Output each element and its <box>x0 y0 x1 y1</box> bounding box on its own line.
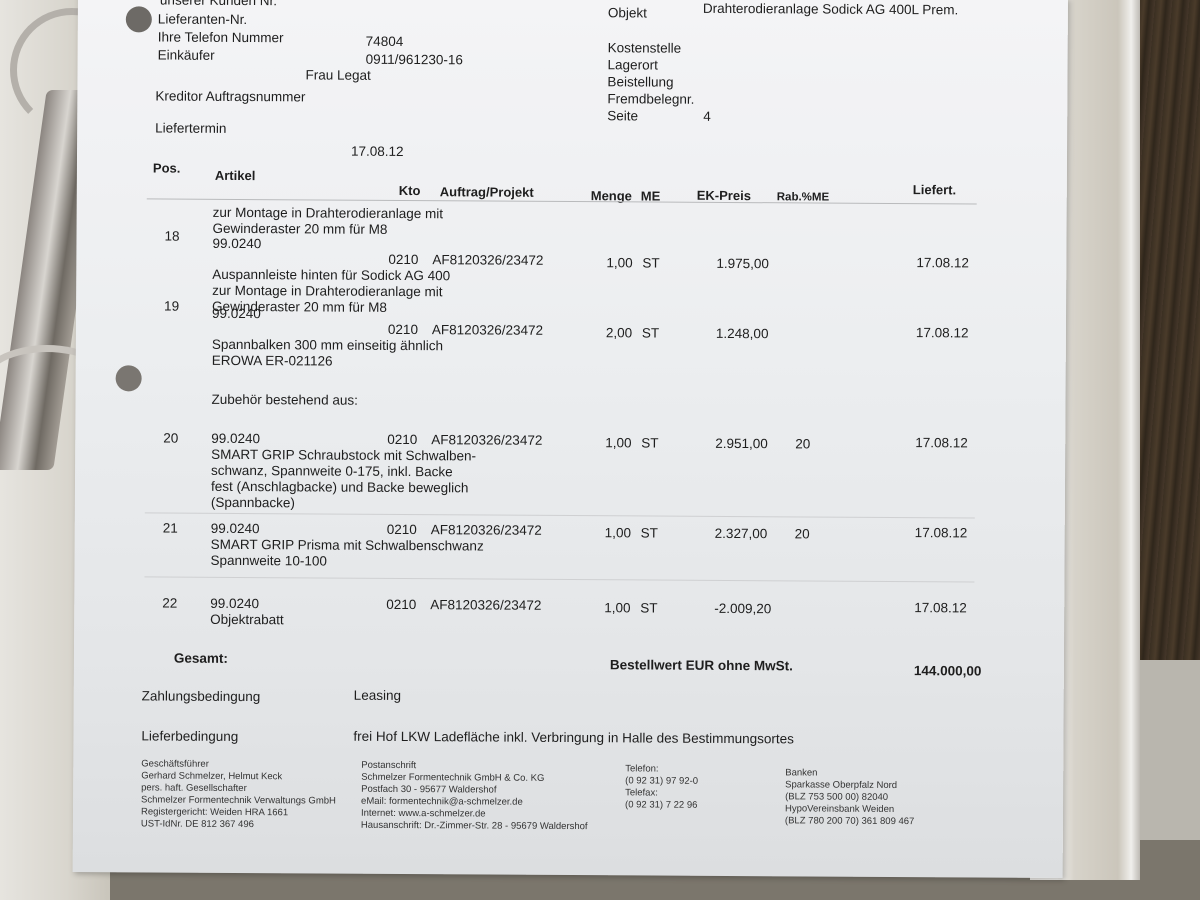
row-kto: 0210 <box>387 432 417 448</box>
description-line: EROWA ER-021126 <box>212 353 443 370</box>
row-artikel: 99.0240 <box>210 596 259 612</box>
description-line: Auspannleiste hinten für Sodick AG 400 <box>212 267 450 284</box>
footer-banks: Banken Sparkasse Oberpfalz Nord (BLZ 753… <box>785 767 915 828</box>
punch-hole-middle <box>116 365 142 391</box>
row-rab: 20 <box>795 526 810 542</box>
row-liefert: 17.08.12 <box>915 525 968 541</box>
col-artikel: Artikel <box>215 168 256 184</box>
liefer-label: Lieferbedingung <box>141 728 238 745</box>
row-menge: 1,00 <box>606 255 632 271</box>
row-me: ST <box>640 600 657 616</box>
row-auftrag: AF8120326/23472 <box>432 322 543 339</box>
footer-management: Geschäftsführer Gerhard Schmelzer, Helmu… <box>141 758 336 831</box>
col-auftrag: Auftrag/Projekt <box>440 184 534 201</box>
row-liefert: 17.08.12 <box>916 325 969 341</box>
description-line: zur Montage in Drahterodieranlage mit <box>212 283 450 300</box>
row-pos: 19 <box>164 299 179 315</box>
header-rule <box>147 198 977 204</box>
telefon-label: Ihre Telefon Nummer <box>158 29 284 46</box>
row-me: ST <box>641 525 658 541</box>
row-kto: 0210 <box>388 322 418 338</box>
zubehoer-text: Zubehör bestehend aus: <box>211 392 357 409</box>
description-line: Spannbalken 300 mm einseitig ähnlich <box>212 337 443 354</box>
gesamt-label: Gesamt: <box>174 651 228 667</box>
bestellwert-label: Bestellwert EUR ohne MwSt. <box>610 657 793 674</box>
footer-address: Postanschrift Schmelzer Formentechnik Gm… <box>361 760 588 833</box>
purchase-order-page: unserer Kunden Nr. Lieferanten-Nr. Ihre … <box>73 0 1068 878</box>
row-menge: 1,00 <box>605 435 631 451</box>
row-pos: 20 <box>163 431 178 447</box>
row-auftrag: AF8120326/23472 <box>431 432 542 449</box>
footer-phone: Telefon: (0 92 31) 97 92-0 Telefax: (0 9… <box>625 763 698 811</box>
row-kto: 0210 <box>386 597 416 613</box>
kreditor-label: Kreditor Auftragsnummer <box>155 88 305 105</box>
row-separator <box>144 576 974 582</box>
row-description: Objektrabatt <box>210 612 284 628</box>
row-rab: 20 <box>795 436 810 452</box>
einkaeufer-value: Frau Legat <box>305 67 370 83</box>
row-pos: 18 <box>164 229 179 245</box>
row-auftrag: AF8120326/23472 <box>432 252 543 269</box>
row-kto: 0210 <box>387 522 417 538</box>
row-artikel: 99.0240 <box>212 306 261 322</box>
bestellwert-value: 144.000,00 <box>914 663 982 679</box>
kostenstelle-label: Kostenstelle <box>608 40 682 56</box>
row-liefert: 17.08.12 <box>914 600 967 616</box>
einkaeufer-label: Einkäufer <box>158 47 215 63</box>
row-ek-preis: 2.951,00 <box>715 436 768 452</box>
objekt-value: Drahterodieranlage Sodick AG 400L Prem. <box>703 1 958 19</box>
row-artikel: 99.0240 <box>212 236 261 252</box>
row-artikel: 99.0240 <box>211 521 260 537</box>
description-line: Spannweite 10-100 <box>210 553 483 571</box>
seite-label: Seite <box>607 108 638 124</box>
seite-value: 4 <box>703 109 711 125</box>
liefertermin-value: 17.08.12 <box>351 144 404 160</box>
description-line: schwanz, Spannweite 0-175, inkl. Backe <box>211 463 476 481</box>
row-me: ST <box>642 325 659 341</box>
row-me: ST <box>642 255 659 271</box>
description-line: SMART GRIP Schraubstock mit Schwalben- <box>211 447 476 465</box>
zahlung-label: Zahlungsbedingung <box>142 688 261 705</box>
row-menge: 1,00 <box>604 600 630 616</box>
row-pos: 21 <box>163 521 178 537</box>
row-menge: 1,00 <box>605 525 631 541</box>
row-artikel: 99.0240 <box>211 431 260 447</box>
row-description: Spannbalken 300 mm einseitig ähnlichEROW… <box>212 337 443 370</box>
row-separator <box>145 512 975 518</box>
col-kto: Kto <box>399 183 421 199</box>
objekt-label: Objekt <box>608 5 647 21</box>
description-line: Objektrabatt <box>210 612 284 628</box>
telefon-value: 0911/961230-16 <box>366 52 463 69</box>
row-description: SMART GRIP Prisma mit SchwalbenschwanzSp… <box>210 537 483 571</box>
row-pos: 22 <box>162 596 177 612</box>
punch-hole-top <box>126 6 152 32</box>
description-line: (Spannbacke) <box>211 495 476 513</box>
kunden-nr-label: unserer Kunden Nr. <box>160 0 277 9</box>
row-description: SMART GRIP Schraubstock mit Schwalben-sc… <box>211 447 476 513</box>
row-auftrag: AF8120326/23472 <box>430 597 541 614</box>
liefertermin-label: Liefertermin <box>155 120 226 136</box>
row-18-pretext: zur Montage in Drahterodieranlage mit Ge… <box>213 205 444 238</box>
col-liefert: Liefert. <box>913 182 956 198</box>
row-menge: 2,00 <box>606 325 632 341</box>
row-ek-preis: 1.975,00 <box>716 256 769 272</box>
liefer-value: frei Hof LKW Ladefläche inkl. Verbringun… <box>353 729 794 748</box>
row-ek-preis: -2.009,20 <box>714 601 771 617</box>
description-line: SMART GRIP Prisma mit Schwalbenschwanz <box>211 537 484 555</box>
row-liefert: 17.08.12 <box>916 255 969 271</box>
zahlung-value: Leasing <box>354 688 401 704</box>
lagerort-label: Lagerort <box>608 57 658 73</box>
row-me: ST <box>641 435 658 451</box>
row-kto: 0210 <box>388 252 418 268</box>
row-ek-preis: 2.327,00 <box>715 526 768 542</box>
lieferanten-nr-value: 74804 <box>366 34 404 50</box>
row-ek-preis: 1.248,00 <box>716 326 769 342</box>
fremdbelegnr-label: Fremdbelegnr. <box>607 91 694 108</box>
row-liefert: 17.08.12 <box>915 435 968 451</box>
beistellung-label: Beistellung <box>607 74 673 90</box>
description-line: fest (Anschlagbacke) und Backe beweglich <box>211 479 476 497</box>
lieferanten-nr-label: Lieferanten-Nr. <box>158 11 247 28</box>
col-pos: Pos. <box>153 160 181 176</box>
row-auftrag: AF8120326/23472 <box>431 522 542 539</box>
